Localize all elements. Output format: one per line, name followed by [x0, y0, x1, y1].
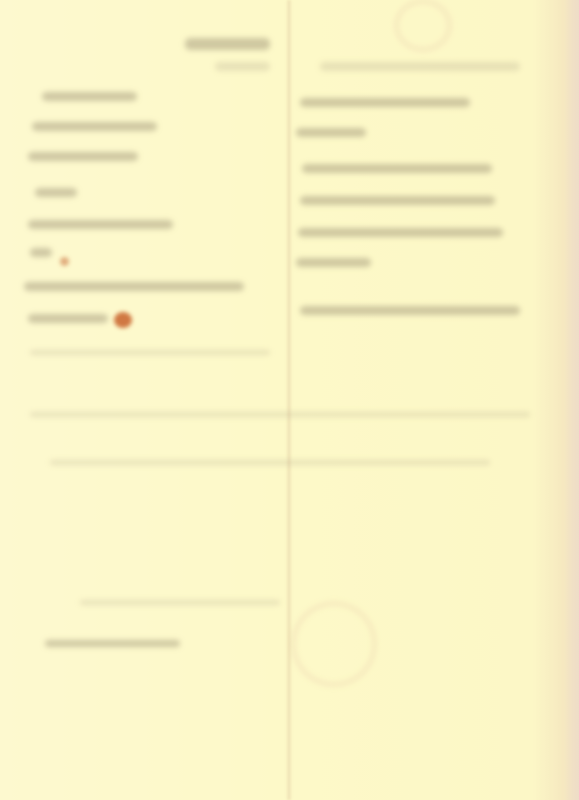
left-line-7 — [24, 282, 244, 291]
left-line-2 — [32, 122, 157, 131]
right-line-5 — [298, 228, 503, 237]
faint-line-1 — [30, 350, 270, 355]
left-line-8 — [28, 314, 108, 323]
faint-line-4 — [80, 600, 280, 605]
right-line-1 — [300, 98, 470, 107]
faint-line-3 — [50, 460, 490, 465]
right-line-6 — [296, 258, 371, 267]
ink-stain-2 — [60, 257, 69, 266]
center-fold — [286, 0, 292, 800]
faint-line-2 — [30, 412, 530, 417]
subtitle-handwriting — [215, 62, 270, 71]
right-line-3 — [302, 164, 492, 173]
left-line-3 — [28, 152, 138, 161]
left-line-1 — [42, 92, 137, 101]
right-header-line — [320, 62, 520, 71]
seal-stamp-top — [395, 0, 451, 51]
footer-handwriting — [45, 640, 180, 647]
right-line-4 — [300, 196, 495, 205]
right-line-2 — [296, 128, 366, 137]
left-line-6 — [30, 248, 52, 257]
left-line-5 — [28, 220, 173, 229]
ink-stain-1 — [114, 312, 132, 328]
left-line-4 — [35, 188, 77, 197]
page-edge — [565, 0, 579, 800]
right-line-7 — [300, 306, 520, 315]
seal-stamp-bottom — [292, 602, 376, 686]
title-handwriting — [185, 38, 270, 50]
document-page — [0, 0, 579, 800]
